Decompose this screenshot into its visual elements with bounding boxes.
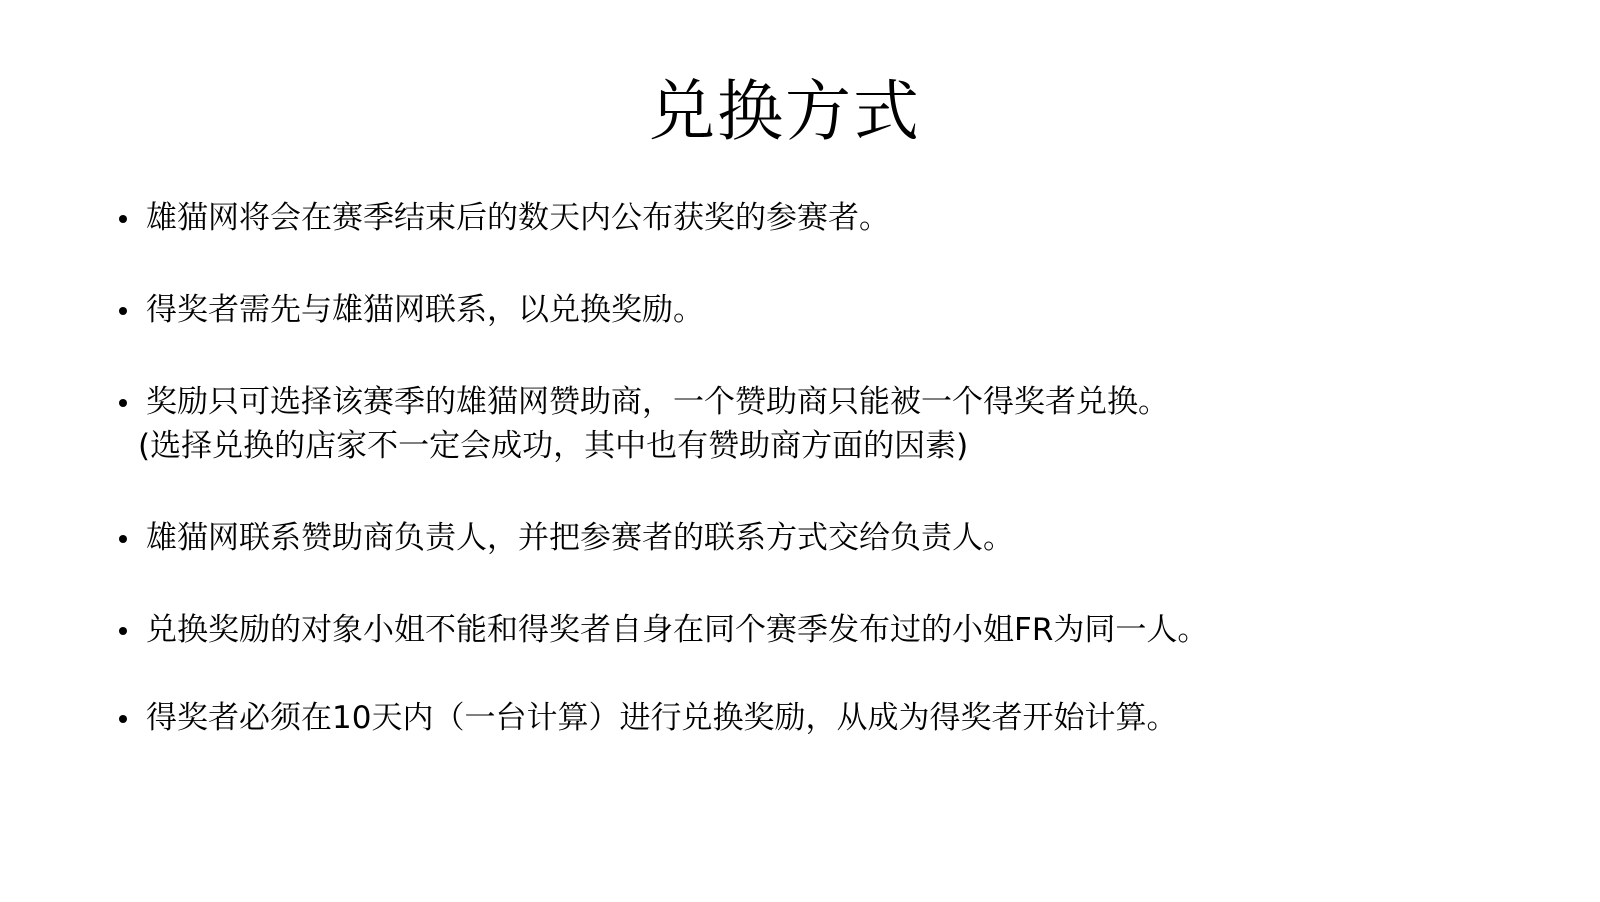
bullet-text: 得奖者需先与雄猫网联系，以兑换奖励。	[146, 288, 704, 332]
bullet-text: 雄猫网将会在赛季结束后的数天内公布获奖的参赛者。	[146, 196, 890, 240]
bullet-dot-icon	[119, 307, 127, 315]
bullet-dot-icon	[119, 399, 127, 407]
slide-title: 兑换方式	[0, 70, 1570, 154]
slide: 兑换方式 雄猫网将会在赛季结束后的数天内公布获奖的参赛者。 得奖者需先与雄猫网联…	[0, 0, 1600, 902]
bullet-text: 得奖者必须在10天内（一台计算）进行兑换奖励，从成为得奖者开始计算。	[146, 696, 1177, 740]
bullet-dot-icon	[119, 715, 127, 723]
bullet-text: 奖励只可选择该赛季的雄猫网赞助商，一个赞助商只能被一个得奖者兑换。	[146, 380, 1169, 424]
bullet-dot-icon	[119, 535, 127, 543]
bullet-dot-icon	[119, 627, 127, 635]
bullet-text: 兑换奖励的对象小姐不能和得奖者自身在同个赛季发布过的小姐FR为同一人。	[146, 608, 1208, 652]
bullet-text: 雄猫网联系赞助商负责人，并把参赛者的联系方式交给负责人。	[146, 516, 1014, 560]
bullet-note: (选择兑换的店家不一定会成功，其中也有赞助商方面的因素)	[138, 424, 968, 468]
bullet-dot-icon	[119, 215, 127, 223]
